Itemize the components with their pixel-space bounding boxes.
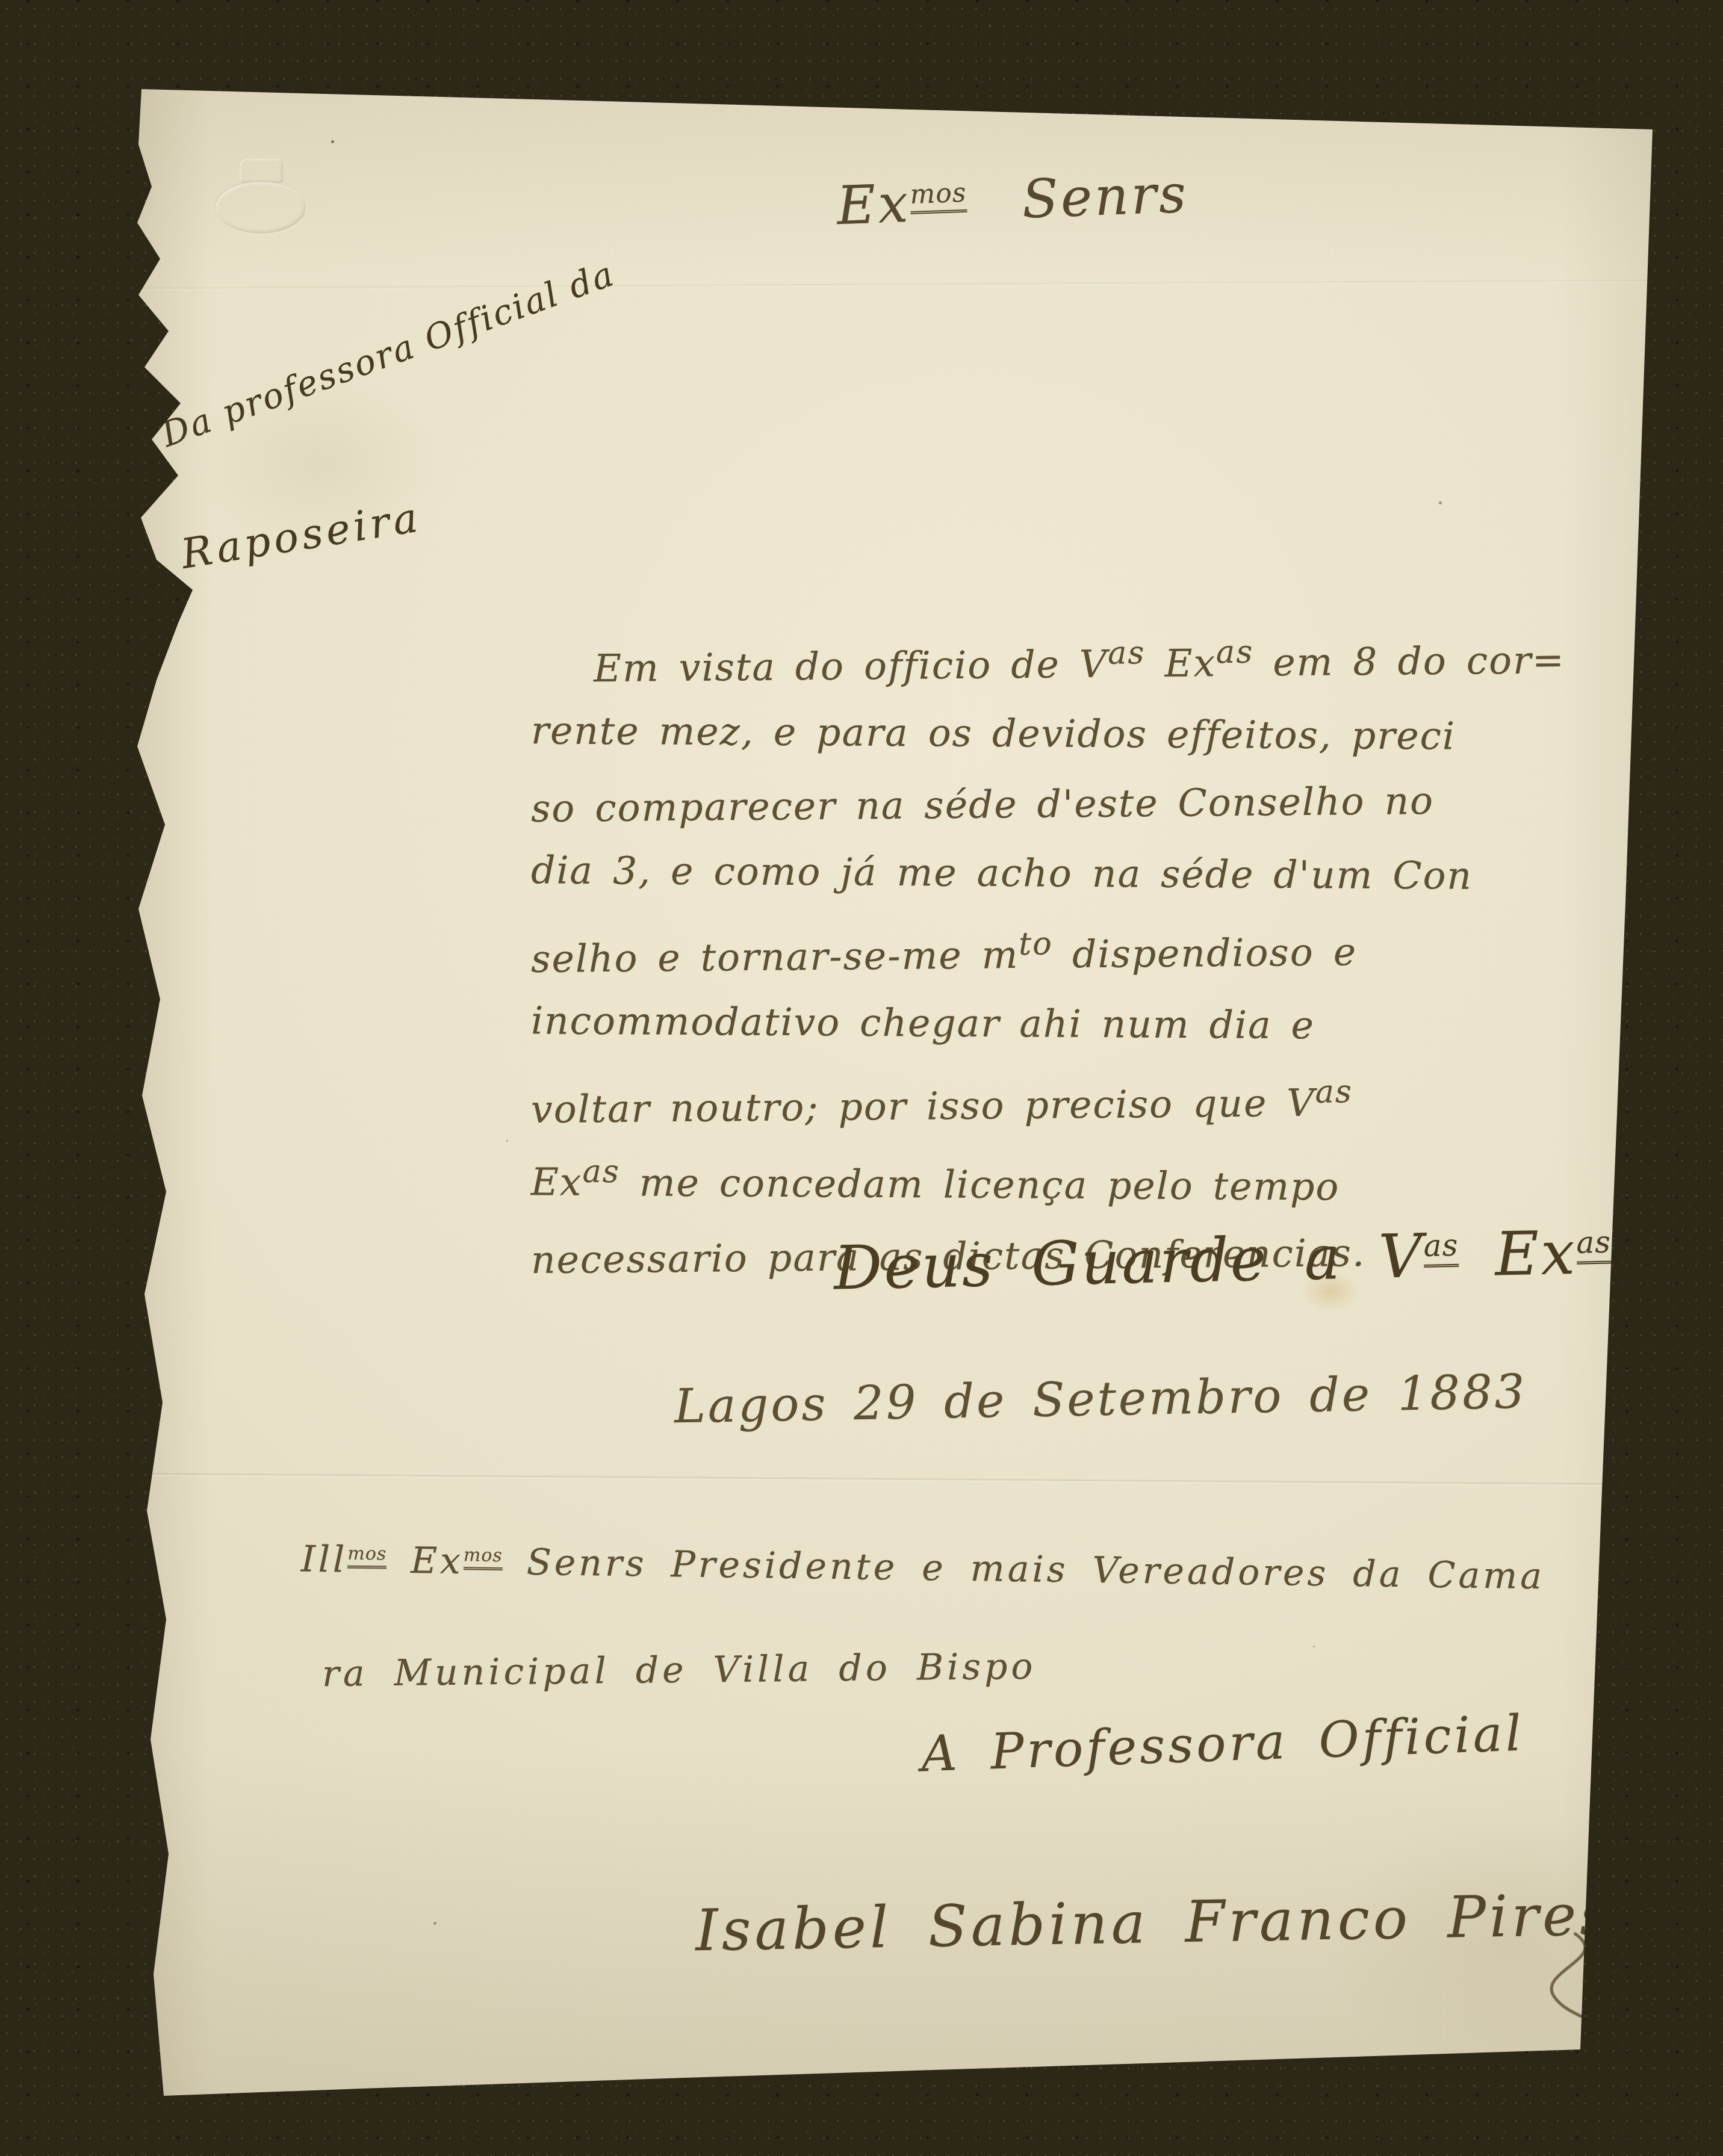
body-line: Exas me concedam licença pelo tempo bbox=[531, 1136, 1651, 1224]
photo-background: Da professora Official da Raposeira Exmo… bbox=[0, 0, 1723, 2156]
letter-body: Em vista do officio de Vas Exas em 8 do … bbox=[531, 619, 1651, 1290]
addressee-line: Illmos Exmos Senrs Presidente e mais Ver… bbox=[301, 1538, 1545, 1598]
sender-role-line: A Professora Official bbox=[920, 1705, 1526, 1783]
margin-note-line: Raposeira bbox=[178, 494, 424, 578]
dateline: Lagos 29 de Setembro de 1883 bbox=[674, 1365, 1527, 1434]
seal-crown-icon bbox=[240, 159, 283, 183]
paper-crease bbox=[120, 1472, 1668, 1487]
addressee-line: ra Municipal de Villa do Bispo bbox=[322, 1646, 1037, 1695]
body-line: voltar noutro; por isso preciso que Vas bbox=[530, 1055, 1651, 1145]
seal-oval-icon bbox=[216, 182, 306, 234]
body-line: so comparecer na séde d'este Conselho no bbox=[531, 764, 1651, 844]
letter-paper: Da professora Official da Raposeira Exmo… bbox=[120, 78, 1668, 2113]
body-line: selho e tornar-se-me mto dispendioso e bbox=[530, 904, 1651, 994]
body-line: rente mez, e para os devidos effeitos, p… bbox=[531, 696, 1651, 772]
salutation: Exmos Senrs bbox=[836, 163, 1189, 237]
embossed-seal-icon bbox=[211, 155, 316, 240]
signature: Isabel Sabina Franco Pires bbox=[695, 1882, 1613, 1965]
margin-note-line: Da professora Official da bbox=[156, 254, 620, 455]
signature-flourish-icon bbox=[1471, 1924, 1641, 2139]
body-line: Em vista do officio de Vas Exas em 8 do … bbox=[530, 614, 1651, 704]
body-line: dia 3, e como já me acho na séde d'um Co… bbox=[531, 835, 1651, 912]
paper-specks bbox=[331, 140, 334, 143]
paper-crease bbox=[120, 279, 1668, 291]
body-line: incommodativo chegar ahi num dia e bbox=[531, 986, 1651, 1062]
